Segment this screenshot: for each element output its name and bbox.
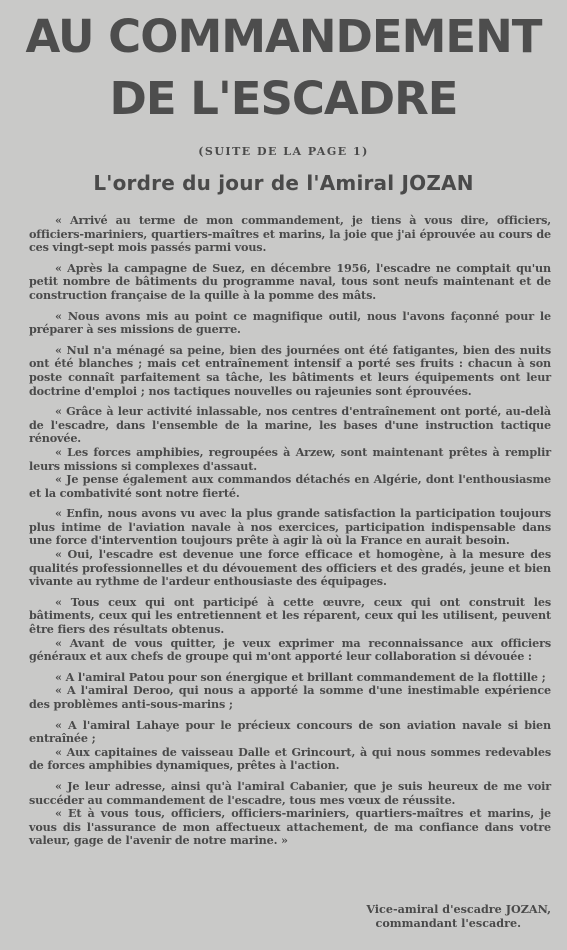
paragraph: « Avant de vous quitter, je veux exprime… — [29, 637, 551, 664]
newspaper-article: AU COMMANDEMENT DE L'ESCADRE (SUITE DE L… — [0, 0, 567, 950]
continuation-note: (SUITE DE LA PAGE 1) — [0, 145, 567, 158]
paragraph: « Et à vous tous, officiers, officiers-m… — [29, 807, 551, 848]
paragraph: « Arrivé au terme de mon commandement, j… — [29, 214, 551, 255]
signature-name: Vice-amiral d'escadre JOZAN, — [251, 902, 551, 916]
paragraph: « Les forces amphibies, regroupées à Arz… — [29, 446, 551, 473]
paragraph: « A l'amiral Deroo, qui nous a apporté l… — [29, 684, 551, 711]
paragraph: « Aux capitaines de vaisseau Dalle et Gr… — [29, 746, 551, 773]
signature-title: commandant l'escadre. — [251, 916, 551, 930]
article-body: « Arrivé au terme de mon commandement, j… — [29, 214, 551, 848]
paragraph: « A l'amiral Patou pour son énergique et… — [29, 671, 551, 685]
paragraph: « Tous ceux qui ont participé à cette œu… — [29, 596, 551, 637]
paragraph: « Je pense également aux commandos détac… — [29, 473, 551, 500]
article-headline: L'ordre du jour de l'Amiral JOZAN — [0, 171, 567, 195]
paragraph: « Nul n'a ménagé sa peine, bien des jour… — [29, 344, 551, 398]
article-title-line-1: AU COMMANDEMENT — [0, 10, 567, 64]
paragraph: « Grâce à leur activité inlassable, nos … — [29, 405, 551, 446]
paragraph: « Enfin, nous avons vu avec la plus gran… — [29, 507, 551, 548]
article-title-line-2: DE L'ESCADRE — [0, 72, 567, 126]
paragraph: « A l'amiral Lahaye pour le précieux con… — [29, 719, 551, 746]
paragraph: « Oui, l'escadre est devenue une force e… — [29, 548, 551, 589]
paragraph: « Nous avons mis au point ce magnifique … — [29, 310, 551, 337]
signature-block: Vice-amiral d'escadre JOZAN, commandant … — [251, 902, 551, 930]
paragraph: « Je leur adresse, ainsi qu'à l'amiral C… — [29, 780, 551, 807]
paragraph: « Après la campagne de Suez, en décembre… — [29, 262, 551, 303]
